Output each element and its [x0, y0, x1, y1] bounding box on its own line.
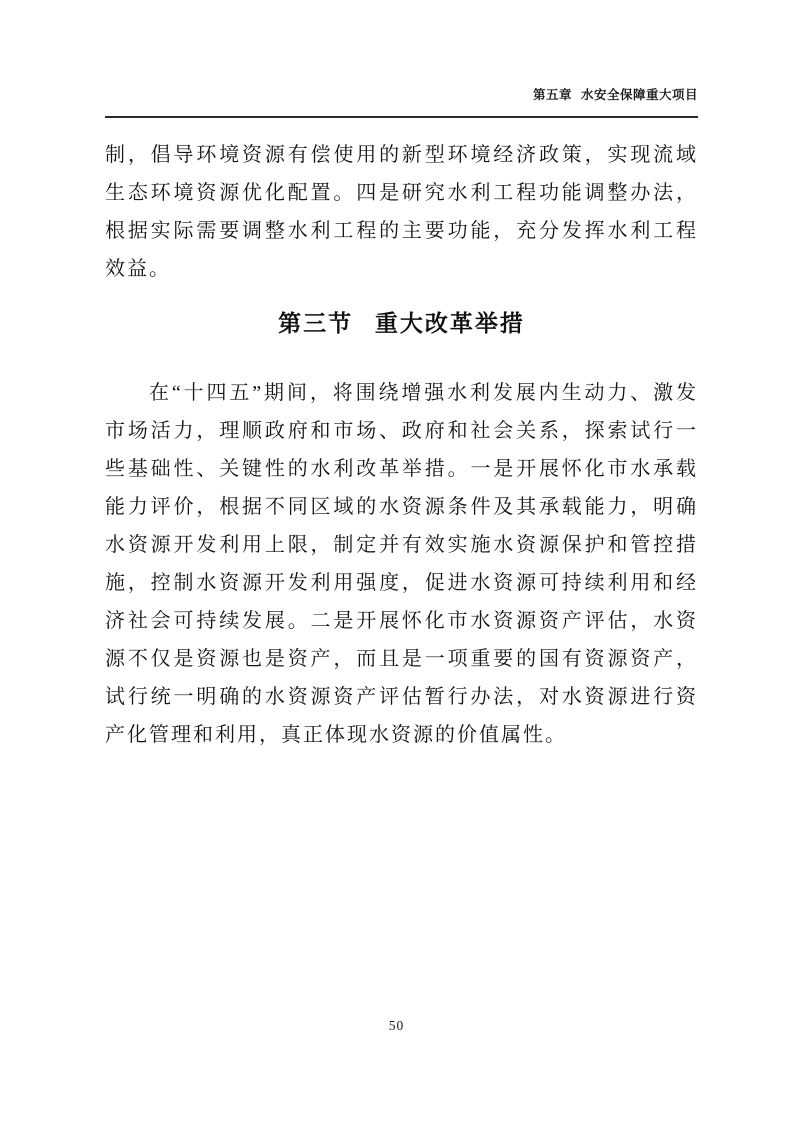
page-content: 第五章 水安全保障重大项目 制，倡导环境资源有偿使用的新型环境经济政策，实现流域… — [105, 88, 698, 754]
section-heading: 第三节 重大改革举措 — [105, 304, 698, 344]
body-paragraph-continuation: 制，倡导环境资源有偿使用的新型环境经济政策，实现流域生态环境资源优化配置。四是研… — [105, 136, 698, 288]
running-header: 第五章 水安全保障重大项目 — [105, 88, 698, 118]
body-paragraph-main: 在“十四五”期间，将围绕增强水利发展内生动力、激发市场活力，理顺政府和市场、政府… — [105, 374, 698, 754]
page-number: 50 — [0, 1018, 793, 1034]
document-page: 第五章 水安全保障重大项目 制，倡导环境资源有偿使用的新型环境经济政策，实现流域… — [0, 0, 793, 1122]
